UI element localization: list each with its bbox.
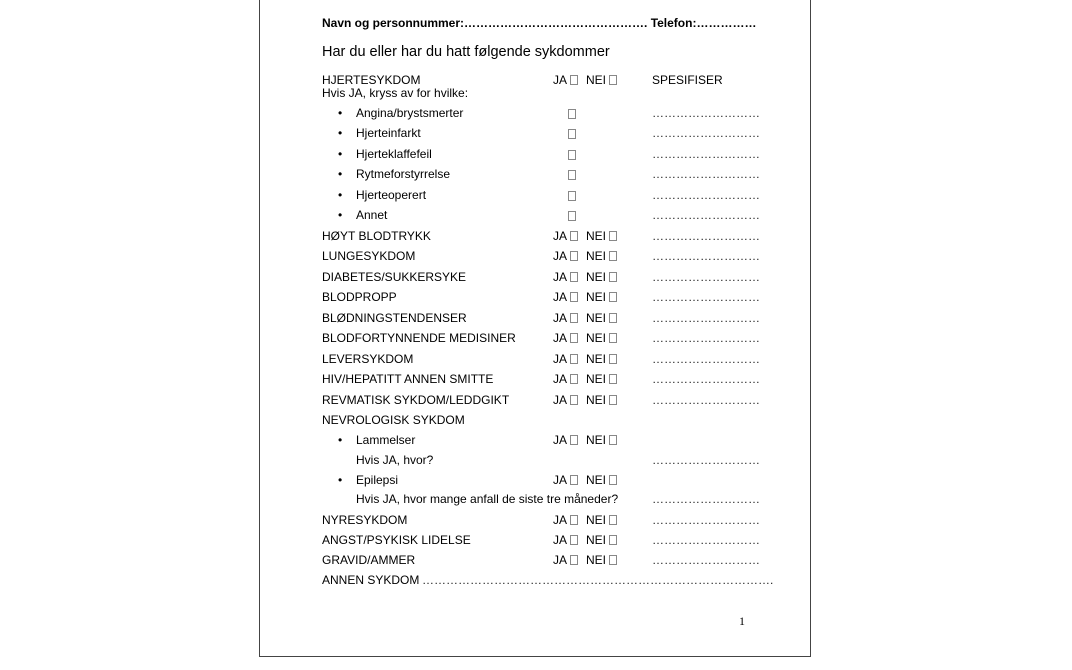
checkbox-icon[interactable]	[609, 333, 617, 343]
condition-ja-option[interactable]: JA	[553, 393, 578, 407]
condition-ja-option[interactable]: JA	[553, 249, 578, 263]
neuro-row: NEVROLOGISK SYKDOM	[0, 413, 1072, 433]
bullet-icon: •	[338, 167, 342, 181]
row-label: HIV/HEPATITT ANNEN SMITTE	[322, 372, 493, 386]
checkbox-icon[interactable]	[570, 374, 578, 384]
specify-field[interactable]: ………………………	[652, 553, 760, 567]
condition-nei-option[interactable]: NEI	[586, 290, 617, 304]
condition-ja-option[interactable]: JA	[553, 352, 578, 366]
paralysis-nei-option[interactable]: NEI	[586, 433, 617, 447]
bullet-icon: •	[338, 208, 342, 222]
condition-nei-option[interactable]: NEI	[586, 352, 617, 366]
specify-field[interactable]: ………………………	[652, 270, 760, 284]
checkbox-icon[interactable]	[609, 354, 617, 364]
condition-row: LUNGESYKDOMJANEI………………………	[0, 249, 1072, 269]
checkbox-icon[interactable]	[609, 395, 617, 405]
checkbox-icon[interactable]	[570, 395, 578, 405]
row-label: DIABETES/SUKKERSYKE	[322, 270, 466, 284]
condition-row: BLODPROPPJANEI………………………	[0, 290, 1072, 310]
paralysis-ja-option[interactable]: JA	[553, 433, 578, 447]
checkbox-icon[interactable]	[568, 109, 576, 119]
form-subtitle: Har du eller har du hatt følgende sykdom…	[322, 44, 610, 60]
specify-field[interactable]: ………………………	[652, 249, 760, 263]
checkbox-icon[interactable]	[609, 475, 617, 485]
checkbox-icon[interactable]	[570, 515, 578, 525]
checkbox-icon[interactable]	[609, 251, 617, 261]
condition-row: GRAVID/AMMERJANEI………………………	[0, 553, 1072, 573]
checkbox-icon[interactable]	[570, 75, 578, 85]
specify-field[interactable]: ………………………	[652, 126, 760, 140]
row-label: Hvis JA, kryss av for hvilke:	[322, 86, 468, 100]
condition-row: NYRESYKDOMJANEI………………………	[0, 513, 1072, 533]
condition-nei-option[interactable]: NEI	[586, 372, 617, 386]
row-label: NYRESYKDOM	[322, 513, 407, 527]
condition-row: ANGST/PSYKISK LIDELSEJANEI………………………	[0, 533, 1072, 553]
other-disease-field[interactable]: …………………………………………………………………………….	[422, 573, 773, 587]
bullet-icon: •	[338, 126, 342, 140]
condition-nei-option[interactable]: NEI	[586, 249, 617, 263]
specify-field[interactable]: ………………………	[652, 513, 760, 527]
checkbox-icon[interactable]	[609, 515, 617, 525]
specify-field[interactable]: ………………………	[652, 147, 760, 161]
condition-row: BLØDNINGSTENDENSERJANEI………………………	[0, 311, 1072, 331]
row-label: Epilepsi	[356, 473, 398, 487]
heart-subitem-row: •Angina/brystsmerter………………………	[0, 106, 1072, 126]
heart-hint-row: Hvis JA, kryss av for hvilke:	[0, 86, 1072, 106]
specify-field[interactable]: ………………………	[652, 106, 760, 120]
checkbox-icon[interactable]	[568, 211, 576, 221]
checkbox-icon[interactable]	[570, 435, 578, 445]
row-label: Hvis JA, hvor?	[356, 453, 433, 467]
bullet-icon: •	[338, 147, 342, 161]
specify-field[interactable]: ………………………	[652, 290, 760, 304]
row-label: REVMATISK SYKDOM/LEDDGIKT	[322, 393, 509, 407]
specify-field[interactable]: ………………………	[652, 208, 760, 222]
row-label: LEVERSYKDOM	[322, 352, 413, 366]
specify-field[interactable]: ………………………	[652, 393, 760, 407]
checkbox-icon[interactable]	[609, 75, 617, 85]
specify-field[interactable]: ………………………	[652, 188, 760, 202]
specify-field[interactable]: ………………………	[652, 331, 760, 345]
specify-field[interactable]: ………………………	[652, 453, 760, 467]
specify-field[interactable]: ………………………	[652, 352, 760, 366]
checkbox-icon[interactable]	[570, 354, 578, 364]
checkbox-icon[interactable]	[609, 374, 617, 384]
specify-header: SPESIFISER	[652, 73, 723, 87]
condition-row: REVMATISK SYKDOM/LEDDGIKTJANEI………………………	[0, 393, 1072, 413]
condition-nei-option[interactable]: NEI	[586, 331, 617, 345]
epilepsy-nei-option[interactable]: NEI	[586, 473, 617, 487]
bullet-icon: •	[338, 473, 342, 487]
checkbox-icon[interactable]	[609, 435, 617, 445]
epilepsy-row: •EpilepsiJANEI	[0, 473, 1072, 493]
condition-ja-option[interactable]: JA	[553, 513, 578, 527]
row-label: Hjerteklaffefeil	[356, 147, 432, 161]
bullet-icon: •	[338, 106, 342, 120]
row-label: BLODFORTYNNENDE MEDISINER	[322, 331, 516, 345]
paralysis-hint-row: Hvis JA, hvor?………………………	[0, 453, 1072, 473]
row-label: HJERTESYKDOM	[322, 73, 420, 87]
checkbox-icon[interactable]	[568, 129, 576, 139]
specify-field[interactable]: ………………………	[652, 311, 760, 325]
row-label: NEVROLOGISK SYKDOM	[322, 413, 465, 427]
epilepsy-hint-row: Hvis JA, hvor mange anfall de siste tre …	[0, 492, 1072, 512]
row-label: BLØDNINGSTENDENSER	[322, 311, 467, 325]
checkbox-icon[interactable]	[568, 191, 576, 201]
condition-nei-option[interactable]: NEI	[586, 270, 617, 284]
heart-subitem-row: •Hjerteinfarkt………………………	[0, 126, 1072, 146]
condition-nei-option[interactable]: NEI	[586, 533, 617, 547]
checkbox-icon[interactable]	[609, 535, 617, 545]
checkbox-icon[interactable]	[570, 333, 578, 343]
heart-subitem-row: •Hjerteklaffefeil………………………	[0, 147, 1072, 167]
row-label: ANGST/PSYKISK LIDELSE	[322, 533, 471, 547]
condition-ja-option[interactable]: JA	[553, 270, 578, 284]
condition-ja-option[interactable]: JA	[553, 331, 578, 345]
condition-row: HIV/HEPATITT ANNEN SMITTEJANEI………………………	[0, 372, 1072, 392]
condition-nei-option[interactable]: NEI	[586, 311, 617, 325]
condition-ja-option[interactable]: JA	[553, 311, 578, 325]
checkbox-icon[interactable]	[568, 150, 576, 160]
heart-subitem-row: •Hjerteoperert………………………	[0, 188, 1072, 208]
condition-row: DIABETES/SUKKERSYKEJANEI………………………	[0, 270, 1072, 290]
condition-row: LEVERSYKDOMJANEI………………………	[0, 352, 1072, 372]
other-disease-row: ANNEN SYKDOM……………………………………………………………………………	[0, 573, 1072, 593]
specify-field[interactable]: ………………………	[652, 229, 760, 243]
epilepsy-ja-option[interactable]: JA	[553, 473, 578, 487]
row-label: GRAVID/AMMER	[322, 553, 415, 567]
checkbox-icon[interactable]	[570, 292, 578, 302]
checkbox-icon[interactable]	[609, 272, 617, 282]
checkbox-icon[interactable]	[570, 535, 578, 545]
condition-ja-option[interactable]: JA	[553, 553, 578, 567]
row-label: Rytmeforstyrrelse	[356, 167, 450, 181]
row-label: Hjerteoperert	[356, 188, 426, 202]
condition-row: BLODFORTYNNENDE MEDISINERJANEI………………………	[0, 331, 1072, 351]
checkbox-icon[interactable]	[570, 251, 578, 261]
specify-field[interactable]: ………………………	[652, 372, 760, 386]
checkbox-icon[interactable]	[570, 555, 578, 565]
condition-nei-option[interactable]: NEI	[586, 553, 617, 567]
checkbox-icon[interactable]	[570, 475, 578, 485]
row-label: Lammelser	[356, 433, 415, 447]
checkbox-icon[interactable]	[609, 313, 617, 323]
condition-ja-option[interactable]: JA	[553, 229, 578, 243]
bullet-icon: •	[338, 433, 342, 447]
bullet-icon: •	[338, 188, 342, 202]
checkbox-icon[interactable]	[568, 170, 576, 180]
condition-nei-option[interactable]: NEI	[586, 229, 617, 243]
page-number: 1	[739, 614, 745, 629]
paralysis-row: •LammelserJANEI	[0, 433, 1072, 453]
row-label: HØYT BLODTRYKK	[322, 229, 431, 243]
row-label: ANNEN SYKDOM	[322, 573, 419, 587]
specify-field[interactable]: ………………………	[652, 533, 760, 547]
checkbox-icon[interactable]	[609, 231, 617, 241]
checkbox-icon[interactable]	[570, 231, 578, 241]
condition-nei-option[interactable]: NEI	[586, 513, 617, 527]
specify-field[interactable]: ………………………	[652, 492, 760, 506]
checkbox-icon[interactable]	[570, 272, 578, 282]
heart-subitem-row: •Rytmeforstyrrelse………………………	[0, 167, 1072, 187]
checkbox-icon[interactable]	[570, 313, 578, 323]
row-label: Annet	[356, 208, 387, 222]
checkbox-icon[interactable]	[609, 292, 617, 302]
heart-subitem-row: •Annet………………………	[0, 208, 1072, 228]
condition-ja-option[interactable]: JA	[553, 533, 578, 547]
row-label: Angina/brystsmerter	[356, 106, 463, 120]
condition-ja-option[interactable]: JA	[553, 372, 578, 386]
condition-ja-option[interactable]: JA	[553, 290, 578, 304]
row-label: Hvis JA, hvor mange anfall de siste tre …	[356, 492, 618, 506]
heart-nei-option[interactable]: NEI	[586, 73, 617, 87]
heart-ja-option[interactable]: JA	[553, 73, 578, 87]
specify-field[interactable]: ………………………	[652, 167, 760, 181]
row-label: LUNGESYKDOM	[322, 249, 415, 263]
row-label: BLODPROPP	[322, 290, 397, 304]
name-phone-field[interactable]: Navn og personnummer:………………………………………. Te…	[322, 16, 756, 30]
condition-nei-option[interactable]: NEI	[586, 393, 617, 407]
condition-row: HØYT BLODTRYKKJANEI………………………	[0, 229, 1072, 249]
checkbox-icon[interactable]	[609, 555, 617, 565]
row-label: Hjerteinfarkt	[356, 126, 421, 140]
